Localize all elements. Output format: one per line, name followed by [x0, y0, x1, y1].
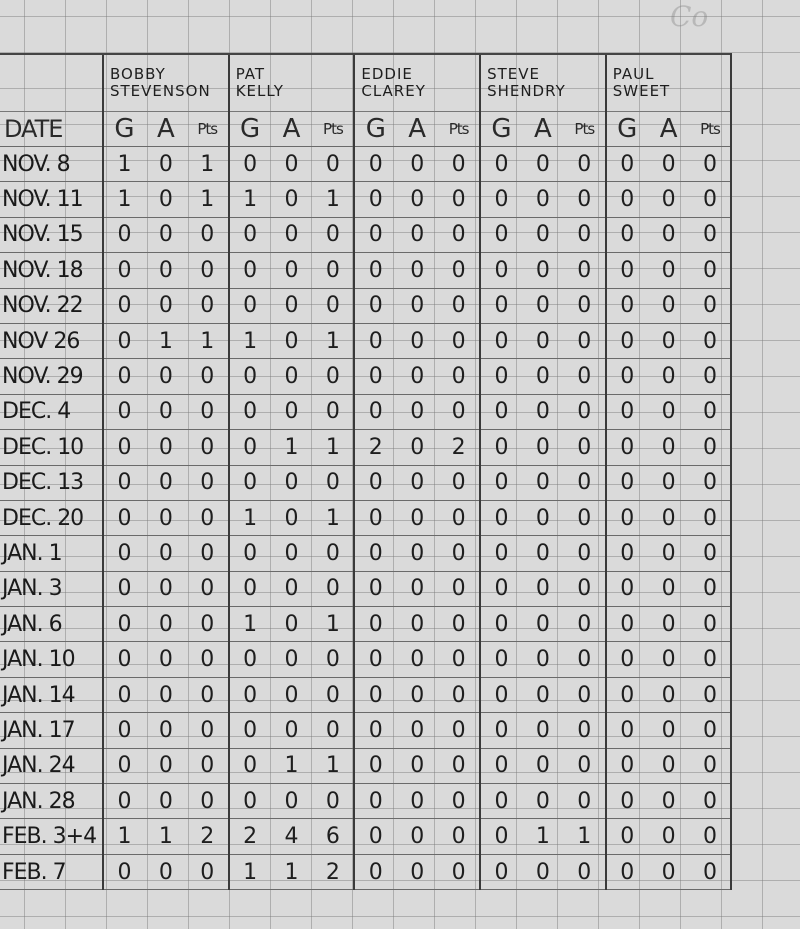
sweet-g: 0 [606, 854, 648, 889]
shendry-a: 0 [522, 607, 564, 642]
stevenson-a: 0 [145, 147, 187, 182]
kelly-g: 0 [229, 394, 271, 429]
game-date: FEB. 7 [0, 854, 103, 889]
stat-header-g: G [103, 112, 145, 147]
game-date: JAN. 6 [0, 607, 103, 642]
kelly-pts: 0 [312, 465, 354, 500]
clarey-g: 0 [354, 182, 396, 217]
shendry-a: 0 [522, 571, 564, 606]
stevenson-g: 0 [103, 713, 145, 748]
sweet-g: 0 [606, 819, 648, 854]
shendry-pts: 0 [564, 465, 606, 500]
kelly-g: 0 [229, 430, 271, 465]
clarey-g: 0 [354, 465, 396, 500]
shendry-g: 0 [480, 571, 522, 606]
kelly-g: 0 [229, 713, 271, 748]
sweet-a: 0 [648, 819, 690, 854]
shendry-pts: 0 [564, 748, 606, 783]
shendry-g: 0 [480, 323, 522, 358]
shendry-pts: 0 [564, 182, 606, 217]
stat-header-pts: Pts [690, 112, 732, 147]
kelly-pts: 0 [312, 394, 354, 429]
shendry-g: 0 [480, 359, 522, 394]
clarey-g: 0 [354, 571, 396, 606]
sweet-g: 0 [606, 253, 648, 288]
kelly-g: 1 [229, 607, 271, 642]
kelly-a: 0 [271, 394, 313, 429]
sweet-g: 0 [606, 182, 648, 217]
kelly-pts: 1 [312, 182, 354, 217]
clarey-g: 0 [354, 784, 396, 819]
game-date: JAN. 3 [0, 571, 103, 606]
kelly-a: 0 [271, 182, 313, 217]
sweet-g: 0 [606, 394, 648, 429]
sweet-pts: 0 [690, 819, 732, 854]
shendry-pts: 0 [564, 253, 606, 288]
sweet-pts: 0 [690, 677, 732, 712]
clarey-pts: 0 [438, 607, 480, 642]
clarey-pts: 0 [438, 288, 480, 323]
kelly-a: 0 [271, 571, 313, 606]
sweet-a: 0 [648, 217, 690, 252]
stevenson-g: 1 [103, 147, 145, 182]
clarey-pts: 0 [438, 465, 480, 500]
player-name-kelly: PATKELLY [229, 54, 355, 112]
stevenson-pts: 0 [187, 465, 229, 500]
game-date: JAN. 28 [0, 784, 103, 819]
game-date: NOV. 15 [0, 217, 103, 252]
ledger-row: NOV 26011101000000000 [0, 323, 731, 358]
clarey-pts: 0 [438, 359, 480, 394]
clarey-pts: 0 [438, 571, 480, 606]
sweet-pts: 0 [690, 536, 732, 571]
stat-header-g: G [480, 112, 522, 147]
clarey-g: 0 [354, 394, 396, 429]
date-header: DATE [0, 112, 103, 147]
sweet-a: 0 [648, 182, 690, 217]
stevenson-pts: 0 [187, 288, 229, 323]
kelly-a: 1 [271, 430, 313, 465]
clarey-a: 0 [396, 323, 438, 358]
sweet-a: 0 [648, 748, 690, 783]
clarey-pts: 0 [438, 854, 480, 889]
shendry-a: 0 [522, 182, 564, 217]
sweet-a: 0 [648, 253, 690, 288]
clarey-pts: 0 [438, 536, 480, 571]
stevenson-a: 0 [145, 217, 187, 252]
stevenson-a: 0 [145, 182, 187, 217]
clarey-pts: 0 [438, 748, 480, 783]
clarey-pts: 0 [438, 323, 480, 358]
shendry-a: 0 [522, 147, 564, 182]
kelly-g: 0 [229, 536, 271, 571]
player-name-sweet: PAULSWEET [606, 54, 732, 112]
clarey-g: 0 [354, 642, 396, 677]
clarey-pts: 0 [438, 713, 480, 748]
clarey-g: 0 [354, 819, 396, 854]
kelly-pts: 0 [312, 677, 354, 712]
kelly-g: 1 [229, 323, 271, 358]
clarey-pts: 0 [438, 677, 480, 712]
shendry-a: 0 [522, 642, 564, 677]
stat-header-g: G [229, 112, 271, 147]
game-date: JAN. 14 [0, 677, 103, 712]
game-date: NOV. 29 [0, 359, 103, 394]
stevenson-a: 0 [145, 430, 187, 465]
kelly-a: 0 [271, 607, 313, 642]
kelly-g: 0 [229, 571, 271, 606]
kelly-a: 0 [271, 323, 313, 358]
kelly-g: 1 [229, 500, 271, 535]
shendry-a: 0 [522, 253, 564, 288]
stevenson-g: 1 [103, 182, 145, 217]
sweet-g: 0 [606, 430, 648, 465]
sweet-a: 0 [648, 713, 690, 748]
player-first-name: BOBBY [110, 66, 228, 83]
stevenson-g: 0 [103, 677, 145, 712]
clarey-pts: 0 [438, 253, 480, 288]
sweet-pts: 0 [690, 784, 732, 819]
clarey-g: 0 [354, 253, 396, 288]
clarey-g: 0 [354, 288, 396, 323]
stevenson-a: 0 [145, 607, 187, 642]
sweet-g: 0 [606, 784, 648, 819]
stat-header-a: A [271, 112, 313, 147]
kelly-g: 0 [229, 677, 271, 712]
kelly-pts: 0 [312, 217, 354, 252]
player-last-name: SWEET [613, 83, 731, 100]
shendry-pts: 0 [564, 677, 606, 712]
stevenson-a: 0 [145, 253, 187, 288]
stevenson-pts: 0 [187, 253, 229, 288]
kelly-pts: 2 [312, 854, 354, 889]
clarey-pts: 2 [438, 430, 480, 465]
stevenson-pts: 0 [187, 571, 229, 606]
kelly-pts: 0 [312, 713, 354, 748]
clarey-a: 0 [396, 571, 438, 606]
stevenson-pts: 1 [187, 323, 229, 358]
sweet-pts: 0 [690, 359, 732, 394]
ledger-row: JAN. 28000000000000000 [0, 784, 731, 819]
sweet-a: 0 [648, 359, 690, 394]
stevenson-pts: 0 [187, 217, 229, 252]
shendry-a: 0 [522, 359, 564, 394]
stevenson-a: 1 [145, 819, 187, 854]
sweet-a: 0 [648, 430, 690, 465]
stevenson-pts: 1 [187, 147, 229, 182]
sweet-g: 0 [606, 323, 648, 358]
sweet-g: 0 [606, 147, 648, 182]
ledger-row: JAN. 3000000000000000 [0, 571, 731, 606]
sweet-a: 0 [648, 642, 690, 677]
kelly-pts: 0 [312, 147, 354, 182]
clarey-pts: 0 [438, 182, 480, 217]
clarey-a: 0 [396, 430, 438, 465]
shendry-g: 0 [480, 748, 522, 783]
clarey-a: 0 [396, 748, 438, 783]
ledger-row: NOV. 18000000000000000 [0, 253, 731, 288]
shendry-g: 0 [480, 394, 522, 429]
stevenson-pts: 0 [187, 394, 229, 429]
kelly-pts: 0 [312, 642, 354, 677]
stevenson-pts: 0 [187, 784, 229, 819]
kelly-pts: 0 [312, 253, 354, 288]
shendry-pts: 0 [564, 784, 606, 819]
scoring-ledger: BOBBYSTEVENSONPATKELLYEDDIECLAREYSTEVESH… [0, 53, 732, 890]
player-names-row: BOBBYSTEVENSONPATKELLYEDDIECLAREYSTEVESH… [0, 54, 731, 112]
sweet-pts: 0 [690, 323, 732, 358]
sweet-g: 0 [606, 713, 648, 748]
stevenson-pts: 0 [187, 430, 229, 465]
stevenson-a: 0 [145, 465, 187, 500]
stevenson-pts: 0 [187, 359, 229, 394]
shendry-a: 0 [522, 288, 564, 323]
game-date: JAN. 17 [0, 713, 103, 748]
game-date: DEC. 20 [0, 500, 103, 535]
kelly-pts: 1 [312, 748, 354, 783]
clarey-a: 0 [396, 607, 438, 642]
sweet-a: 0 [648, 394, 690, 429]
stevenson-g: 0 [103, 465, 145, 500]
ledger-row: DEC. 4000000000000000 [0, 394, 731, 429]
stevenson-a: 1 [145, 323, 187, 358]
shendry-pts: 0 [564, 323, 606, 358]
stevenson-g: 0 [103, 288, 145, 323]
stat-header-a: A [145, 112, 187, 147]
kelly-g: 0 [229, 465, 271, 500]
clarey-pts: 0 [438, 217, 480, 252]
shendry-g: 0 [480, 536, 522, 571]
clarey-a: 0 [396, 854, 438, 889]
game-date: JAN. 10 [0, 642, 103, 677]
kelly-a: 0 [271, 536, 313, 571]
stat-header-pts: Pts [187, 112, 229, 147]
sweet-pts: 0 [690, 571, 732, 606]
clarey-a: 0 [396, 713, 438, 748]
stevenson-g: 0 [103, 784, 145, 819]
kelly-pts: 0 [312, 784, 354, 819]
sweet-a: 0 [648, 288, 690, 323]
ledger-row: DEC. 10000011202000000 [0, 430, 731, 465]
shendry-g: 0 [480, 607, 522, 642]
shendry-a: 0 [522, 784, 564, 819]
player-last-name: CLAREY [361, 83, 479, 100]
shendry-a: 0 [522, 323, 564, 358]
ledger-body: NOV. 8101000000000000NOV. 11101101000000… [0, 147, 731, 890]
clarey-a: 0 [396, 819, 438, 854]
shendry-g: 0 [480, 642, 522, 677]
clarey-pts: 0 [438, 784, 480, 819]
stevenson-a: 0 [145, 748, 187, 783]
sweet-pts: 0 [690, 430, 732, 465]
ledger-row: FEB. 7000112000000000 [0, 854, 731, 889]
kelly-g: 0 [229, 288, 271, 323]
stevenson-pts: 0 [187, 748, 229, 783]
clarey-a: 0 [396, 217, 438, 252]
clarey-a: 0 [396, 500, 438, 535]
shendry-a: 0 [522, 536, 564, 571]
sweet-g: 0 [606, 536, 648, 571]
sweet-pts: 0 [690, 854, 732, 889]
sweet-g: 0 [606, 217, 648, 252]
stevenson-pts: 0 [187, 642, 229, 677]
kelly-a: 0 [271, 217, 313, 252]
ledger-row: JAN. 10000000000000000 [0, 642, 731, 677]
sweet-g: 0 [606, 677, 648, 712]
clarey-g: 0 [354, 677, 396, 712]
clarey-g: 0 [354, 500, 396, 535]
player-name-stevenson: BOBBYSTEVENSON [103, 54, 229, 112]
shendry-a: 1 [522, 819, 564, 854]
stevenson-a: 0 [145, 642, 187, 677]
sweet-g: 0 [606, 288, 648, 323]
stevenson-a: 0 [145, 713, 187, 748]
kelly-a: 0 [271, 713, 313, 748]
clarey-a: 0 [396, 182, 438, 217]
sweet-a: 0 [648, 500, 690, 535]
clarey-g: 0 [354, 748, 396, 783]
game-date: NOV 26 [0, 323, 103, 358]
clarey-pts: 0 [438, 500, 480, 535]
kelly-g: 0 [229, 253, 271, 288]
stevenson-g: 1 [103, 819, 145, 854]
sweet-pts: 0 [690, 500, 732, 535]
kelly-pts: 0 [312, 536, 354, 571]
sweet-pts: 0 [690, 217, 732, 252]
sweet-a: 0 [648, 323, 690, 358]
ledger-row: NOV. 8101000000000000 [0, 147, 731, 182]
player-name-clarey: EDDIECLAREY [354, 54, 480, 112]
kelly-g: 0 [229, 217, 271, 252]
player-first-name: PAUL [613, 66, 731, 83]
stevenson-pts: 2 [187, 819, 229, 854]
stevenson-pts: 0 [187, 536, 229, 571]
sweet-g: 0 [606, 465, 648, 500]
clarey-pts: 0 [438, 394, 480, 429]
shendry-g: 0 [480, 465, 522, 500]
clarey-a: 0 [396, 147, 438, 182]
kelly-pts: 0 [312, 288, 354, 323]
stevenson-a: 0 [145, 359, 187, 394]
stat-header-a: A [396, 112, 438, 147]
shendry-g: 0 [480, 500, 522, 535]
stevenson-g: 0 [103, 642, 145, 677]
stevenson-g: 0 [103, 217, 145, 252]
clarey-a: 0 [396, 394, 438, 429]
game-date: DEC. 10 [0, 430, 103, 465]
stevenson-a: 0 [145, 288, 187, 323]
stevenson-pts: 0 [187, 607, 229, 642]
game-date: FEB. 3+4 [0, 819, 103, 854]
stevenson-a: 0 [145, 500, 187, 535]
game-date: DEC. 13 [0, 465, 103, 500]
shendry-a: 0 [522, 748, 564, 783]
sweet-a: 0 [648, 465, 690, 500]
stat-header-a: A [522, 112, 564, 147]
kelly-g: 0 [229, 748, 271, 783]
sweet-g: 0 [606, 607, 648, 642]
stat-header-pts: Pts [438, 112, 480, 147]
player-last-name: STEVENSON [110, 83, 228, 100]
clarey-pts: 0 [438, 819, 480, 854]
sweet-pts: 0 [690, 253, 732, 288]
names-corner [0, 54, 103, 112]
stevenson-g: 0 [103, 394, 145, 429]
shendry-pts: 0 [564, 147, 606, 182]
kelly-g: 0 [229, 784, 271, 819]
kelly-a: 1 [271, 854, 313, 889]
shendry-a: 0 [522, 430, 564, 465]
player-first-name: PAT [236, 66, 354, 83]
ledger-row: DEC. 13000000000000000 [0, 465, 731, 500]
ledger-row: NOV. 22000000000000000 [0, 288, 731, 323]
kelly-pts: 1 [312, 607, 354, 642]
kelly-g: 0 [229, 359, 271, 394]
kelly-a: 0 [271, 677, 313, 712]
shendry-pts: 0 [564, 642, 606, 677]
stevenson-a: 0 [145, 394, 187, 429]
player-first-name: STEVE [487, 66, 605, 83]
stevenson-pts: 1 [187, 182, 229, 217]
clarey-a: 0 [396, 253, 438, 288]
clarey-a: 0 [396, 288, 438, 323]
stevenson-a: 0 [145, 677, 187, 712]
game-date: DEC. 4 [0, 394, 103, 429]
player-name-shendry: STEVESHENDRY [480, 54, 606, 112]
ledger-row: FEB. 3+4112246000011000 [0, 819, 731, 854]
clarey-pts: 0 [438, 642, 480, 677]
shendry-pts: 0 [564, 713, 606, 748]
kelly-a: 0 [271, 253, 313, 288]
game-date: NOV. 18 [0, 253, 103, 288]
kelly-pts: 0 [312, 359, 354, 394]
clarey-g: 0 [354, 147, 396, 182]
clarey-pts: 0 [438, 147, 480, 182]
sweet-pts: 0 [690, 642, 732, 677]
stevenson-g: 0 [103, 359, 145, 394]
shendry-g: 0 [480, 217, 522, 252]
ledger-row: NOV. 11101101000000000 [0, 182, 731, 217]
shendry-a: 0 [522, 500, 564, 535]
shendry-pts: 0 [564, 854, 606, 889]
stevenson-pts: 0 [187, 500, 229, 535]
ledger-row: JAN. 24000011000000000 [0, 748, 731, 783]
kelly-pts: 0 [312, 571, 354, 606]
clarey-a: 0 [396, 359, 438, 394]
game-date: NOV. 11 [0, 182, 103, 217]
clarey-a: 0 [396, 784, 438, 819]
shendry-g: 0 [480, 182, 522, 217]
sweet-g: 0 [606, 748, 648, 783]
shendry-a: 0 [522, 677, 564, 712]
column-header-row: DATEGAPtsGAPtsGAPtsGAPtsGAPts [0, 112, 731, 147]
stevenson-g: 0 [103, 253, 145, 288]
shendry-g: 0 [480, 819, 522, 854]
stevenson-g: 0 [103, 500, 145, 535]
clarey-a: 0 [396, 536, 438, 571]
clarey-g: 2 [354, 430, 396, 465]
kelly-g: 1 [229, 854, 271, 889]
shendry-g: 0 [480, 147, 522, 182]
shendry-pts: 1 [564, 819, 606, 854]
kelly-a: 0 [271, 784, 313, 819]
stat-header-pts: Pts [564, 112, 606, 147]
kelly-pts: 1 [312, 500, 354, 535]
ledger-row: NOV. 29000000000000000 [0, 359, 731, 394]
game-date: NOV. 8 [0, 147, 103, 182]
shendry-pts: 0 [564, 607, 606, 642]
ledger-row: JAN. 6000101000000000 [0, 607, 731, 642]
